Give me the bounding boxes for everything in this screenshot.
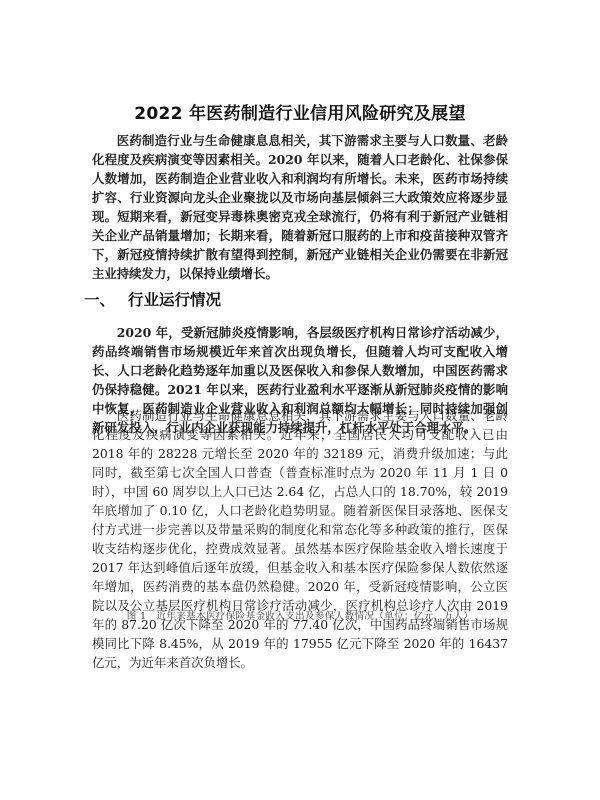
figure-number: 图 1	[127, 611, 147, 622]
document-page: 2022 年医药制造行业信用风险研究及展望 医药制造行业与生命健康息息相关，其下…	[0, 0, 600, 800]
figure-caption-text: 近年来基本医疗保险基金收入支出及参保人数情况（单位：亿元、万人）	[156, 611, 473, 622]
section-body-paragraph: 医药制造行业与生命健康息息相关，其下游需求主要与人口数量、老龄化程度及疾病演变等…	[92, 406, 508, 672]
abstract-paragraph: 医药制造行业与生命健康息息相关，其下游需求主要与人口数量、老龄化程度及疾病演变等…	[92, 131, 508, 283]
section-title: 行业运行情况	[128, 291, 221, 309]
document-title: 2022 年医药制造行业信用风险研究及展望	[0, 99, 600, 124]
section-heading: 一、行业运行情况	[84, 288, 221, 310]
section-number: 一、	[84, 288, 128, 310]
figure-caption: 图 1近年来基本医疗保险基金收入支出及参保人数情况（单位：亿元、万人）	[0, 608, 600, 622]
